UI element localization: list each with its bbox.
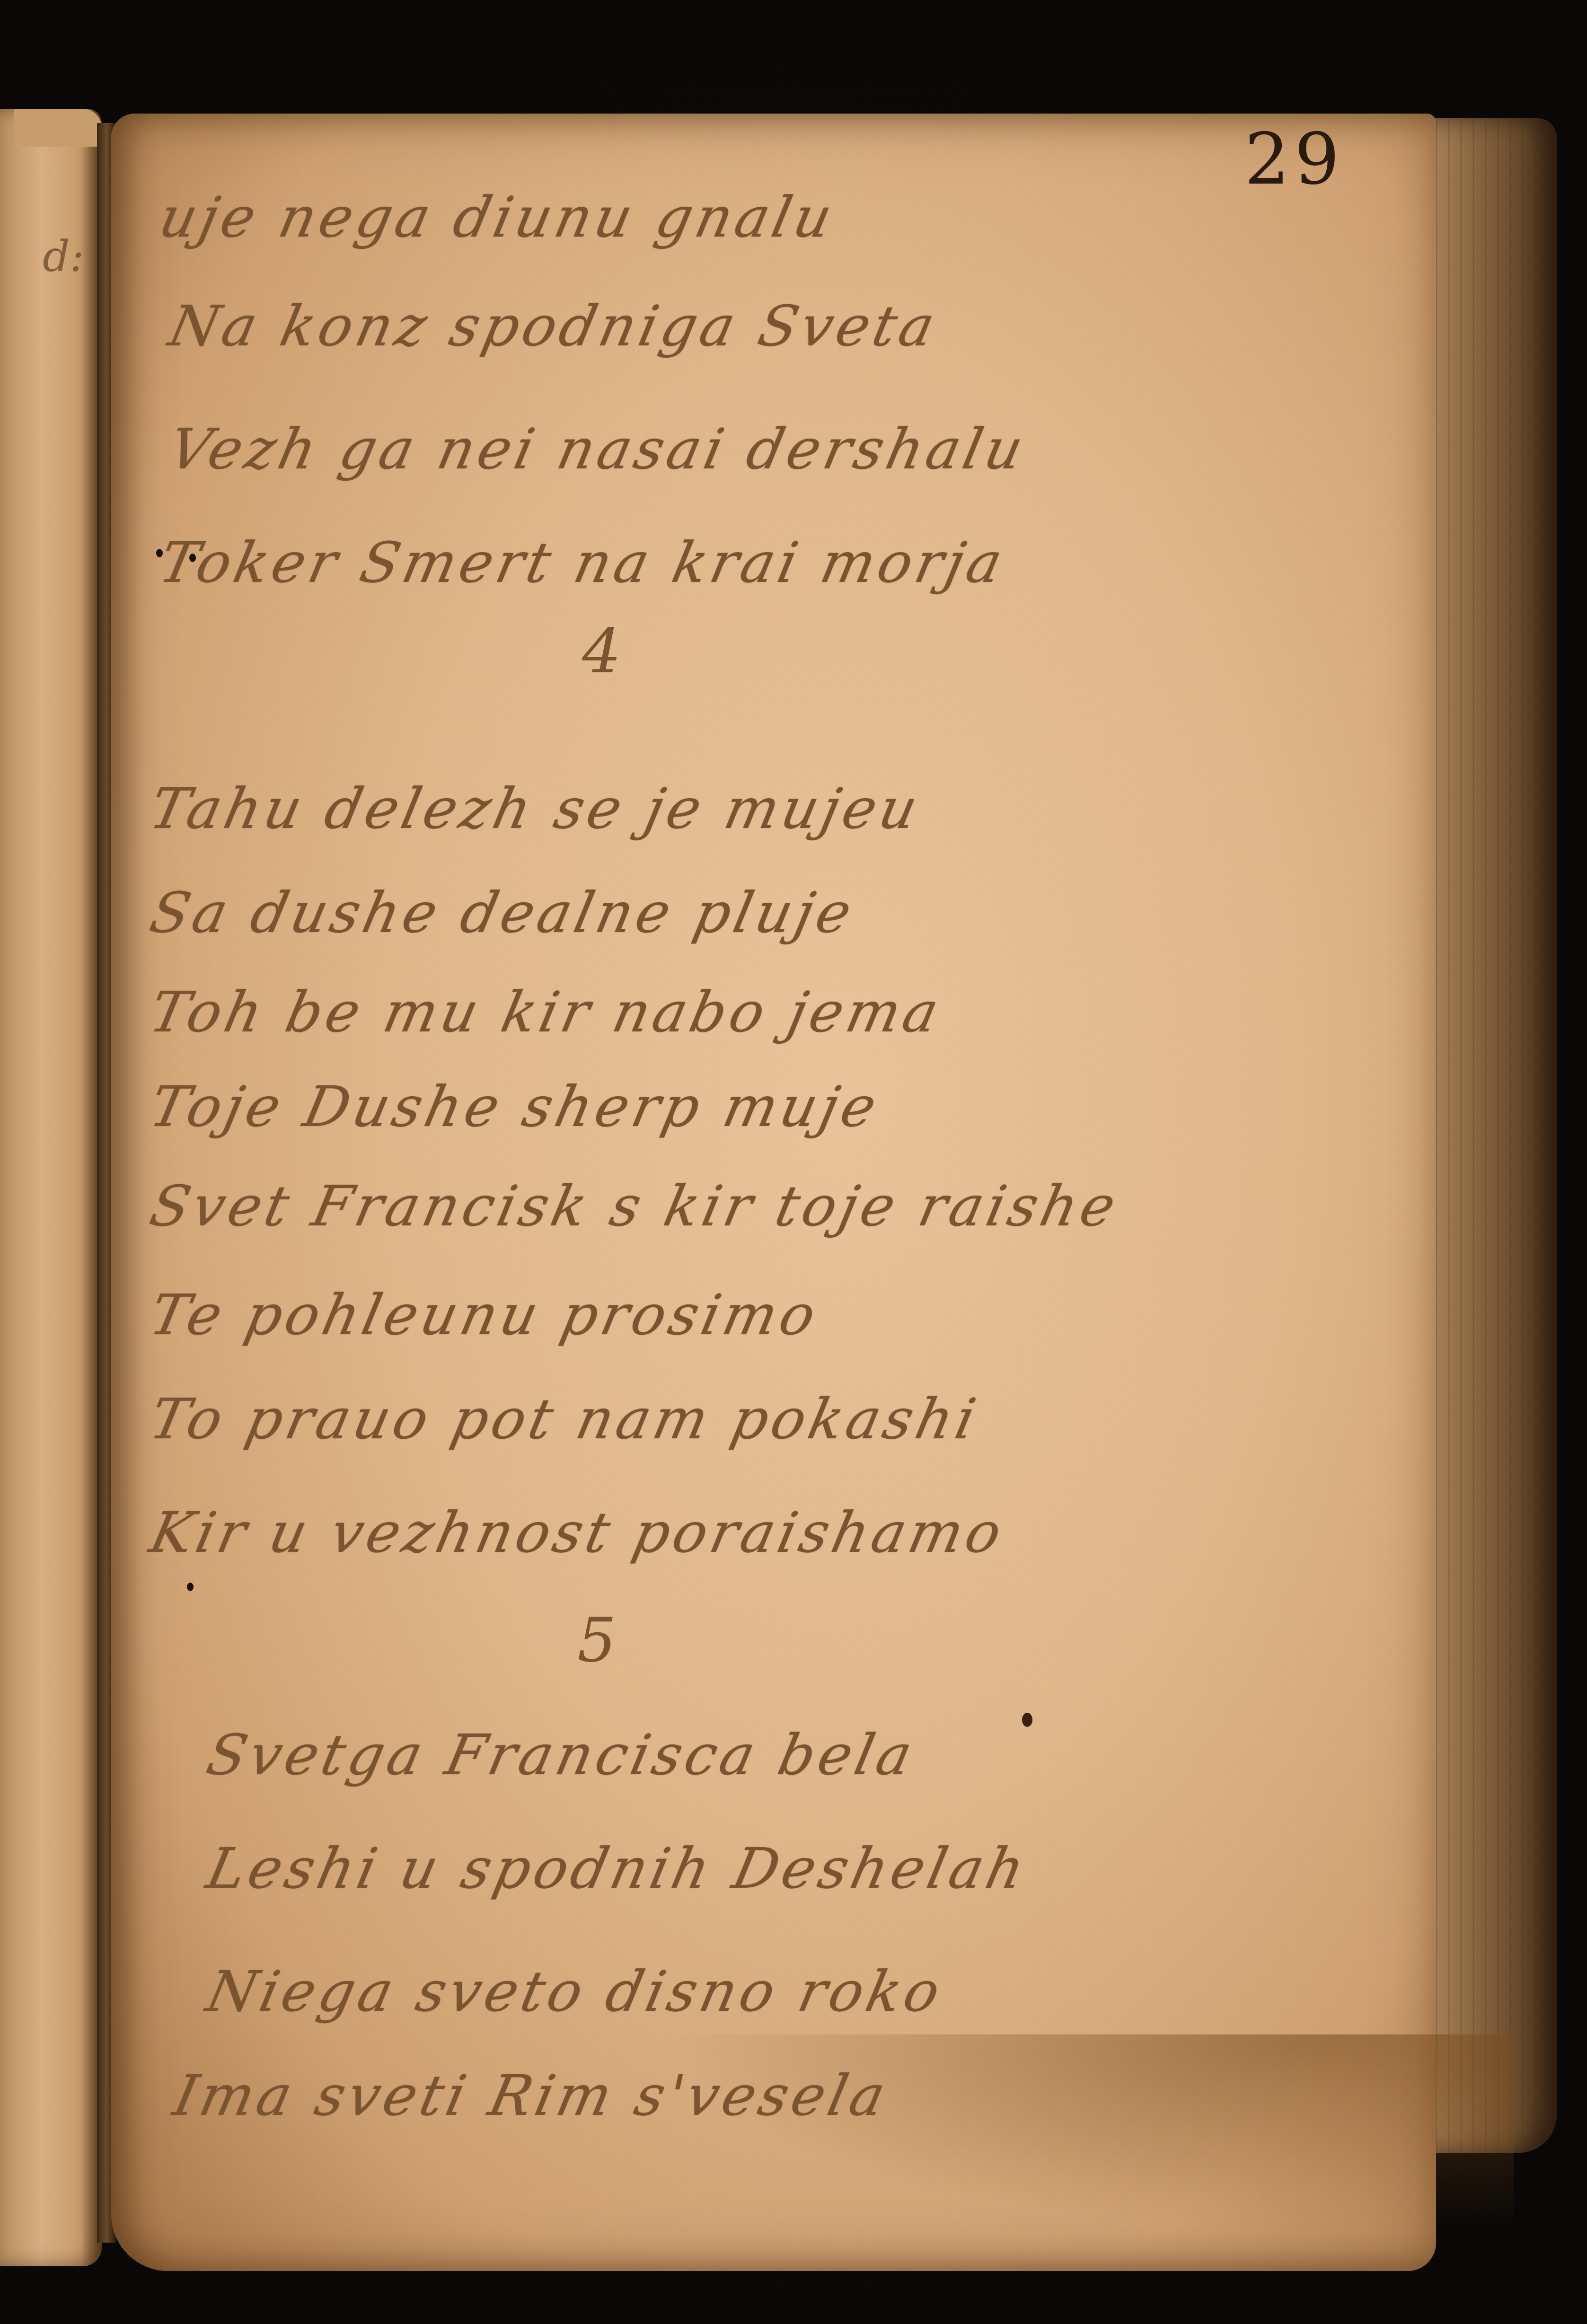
verse-line: Toker Smert na krai morja [154, 530, 1012, 595]
ink-spot [1022, 1713, 1032, 1727]
verse-line: Svetga Francisca bela [201, 1722, 921, 1787]
left-facing-page: d: [0, 109, 102, 2266]
stanza-number: 5 [577, 1604, 617, 1676]
verse-line: Te pohleunu prosimo [144, 1282, 825, 1347]
binding-hole [187, 1583, 194, 1591]
verse-line: Sa dushe dealne pluje [144, 880, 861, 945]
verse-line: Toje Dushe sherp muje [144, 1074, 886, 1139]
left-page-margin-text: d: [43, 232, 84, 282]
verse-line: Na konz spodniga Sveta [163, 293, 944, 359]
page-number: 29 [1244, 118, 1344, 201]
verse-line: Vezh ga nei nasai dershalu [163, 416, 1032, 482]
verse-line: Svet Francisk s kir toje raishe [144, 1173, 1125, 1239]
verse-line: uje nega diunu gnalu [154, 185, 841, 250]
verse-line: Niega sveto disno roko [201, 1959, 949, 2024]
verse-line: Tahu delezh se je mujeu [144, 776, 926, 841]
stanza-number: 4 [582, 615, 621, 687]
left-page-folded-corner [14, 109, 102, 147]
verse-line: Toh be mu kir nabo jema [144, 979, 948, 1045]
verse-line: Ima sveti Rim s'vesela [168, 2063, 894, 2128]
verse-line: Leshi u spodnih Deshelah [201, 1836, 1034, 1901]
verse-line: To prauo pot nam pokashi [144, 1386, 985, 1452]
verse-line: Kir u vezhnost poraishamo [144, 1500, 1011, 1565]
